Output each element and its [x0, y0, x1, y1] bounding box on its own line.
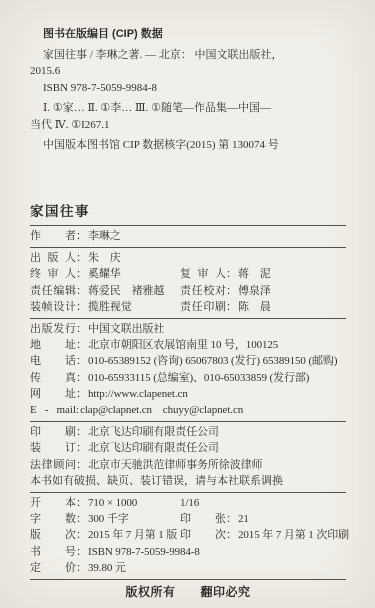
copyright-notice: 版权所有 翻印必究	[30, 583, 346, 600]
row-value: 奚耀华	[88, 266, 121, 282]
colophon-row: 作者：李琳之	[30, 228, 346, 244]
colophon-row: 书号：ISBN 978-7-5059-9984-8	[30, 544, 346, 560]
colophon-row: 装帧设计：揽胜视觉责任印刷：陈 晨	[30, 299, 346, 315]
cip-line-title-statement: 家国往事 / 李琳之著. — 北京： 中国文联出版社，	[30, 47, 346, 64]
cip-heading: 图书在版编目 (CIP) 数据	[30, 26, 346, 43]
row-value: 北京市天驰洪范律师事务所徐波律师	[88, 457, 262, 473]
row-value-2: 2015 年 7 月第 1 次印刷	[238, 527, 349, 543]
row-label: 终审人	[30, 266, 76, 282]
row-colon: ：	[76, 228, 87, 244]
cip-line-classification2: 当代 Ⅳ. ①I267.1	[30, 117, 346, 134]
row-value: 010-65389152 (咨询) 65067803 (发行) 65389150…	[88, 353, 337, 369]
row-label: 装帧设计	[30, 299, 76, 315]
colophon-row: 终审人：奚耀华复审人：蒋 泥	[30, 266, 346, 282]
colophon-row: 电话：010-65389152 (咨询) 65067803 (发行) 65389…	[30, 353, 346, 369]
row-colon: ：	[76, 283, 87, 299]
row-label: 出版发行	[30, 321, 76, 337]
row-value: 李琳之	[88, 228, 121, 244]
row-label: 作者	[30, 228, 76, 244]
cip-line-classification: Ⅰ. ①家… Ⅱ. ①李… Ⅲ. ①随笔—作品集—中国—	[30, 100, 346, 117]
colophon-row: 开本：710 × 10001/16	[30, 495, 346, 511]
colophon: 家国往事 作者：李琳之出版人：朱 庆终审人：奚耀华复审人：蒋 泥责任编辑：蒋爱民…	[30, 200, 346, 580]
row-value: 北京飞达印刷有限责任公司	[88, 424, 219, 440]
row-value-2: 傅泉泽	[238, 283, 271, 299]
row-colon: ：	[76, 560, 87, 576]
row-label: 印刷	[30, 424, 76, 440]
row-label: 电话	[30, 353, 76, 369]
row-colon-2: ：	[226, 299, 237, 315]
row-value-2: 蒋 泥	[238, 266, 271, 282]
row-colon: ：	[76, 440, 87, 456]
book-title: 家国往事	[30, 200, 346, 220]
row-label: 定价	[30, 560, 76, 576]
row-value: 2015 年 7 月第 1 版	[88, 527, 177, 543]
row-colon-2: ：	[226, 511, 237, 527]
colophon-row: 字数：300 千字印张：21	[30, 511, 346, 527]
row-colon: ：	[76, 386, 87, 402]
row-value-2: 陈 晨	[238, 299, 271, 315]
row-colon: ：	[76, 370, 87, 386]
row-colon: ：	[76, 321, 87, 337]
row-colon: ：	[76, 527, 87, 543]
row-label: E - mail	[30, 402, 76, 418]
cip-line-record-number: 中国版本图书馆 CIP 数据核字(2015) 第 130074 号	[30, 137, 346, 154]
cip-block: 图书在版编目 (CIP) 数据 家国往事 / 李琳之著. — 北京： 中国文联出…	[30, 26, 346, 154]
cip-line-isbn: ISBN 978-7-5059-9984-8	[30, 80, 346, 97]
divider	[30, 421, 346, 422]
row-label: 字数	[30, 511, 76, 527]
row-value: ISBN 978-7-5059-9984-8	[88, 544, 200, 560]
row-colon: ：	[76, 337, 87, 353]
copyright-page: 图书在版编目 (CIP) 数据 家国往事 / 李琳之著. — 北京： 中国文联出…	[0, 0, 375, 608]
row-colon-2: ：	[226, 527, 237, 543]
row-label: 版次	[30, 527, 76, 543]
row-value: 300 千字	[88, 511, 129, 527]
row-value: 710 × 1000	[88, 495, 137, 511]
row-colon: ：	[76, 250, 87, 266]
row-value: 北京飞达印刷有限责任公司	[88, 440, 219, 456]
row-value: 蒋爱民 褚雅越	[88, 283, 164, 299]
row-label: 书号	[30, 544, 76, 560]
row-colon: ：	[76, 544, 87, 560]
divider	[30, 492, 346, 493]
row-value: http://www.clapenet.cn	[88, 386, 188, 402]
row-label-2: 复审人	[180, 266, 226, 282]
divider	[30, 318, 346, 319]
colophon-row: 出版人：朱 庆	[30, 250, 346, 266]
row-value: 39.80 元	[88, 560, 126, 576]
row-colon: ：	[76, 511, 87, 527]
row-value: 中国文联出版社	[88, 321, 164, 337]
colophon-row: E - mail: clap@clapnet.cn chuyy@clapnet.…	[30, 402, 346, 418]
divider	[30, 579, 346, 580]
row-label: 责任编辑	[30, 283, 76, 299]
row-colon: ：	[76, 424, 87, 440]
row-label-2: 印张	[180, 511, 226, 527]
colophon-row: 网址：http://www.clapenet.cn	[30, 386, 346, 402]
row-label-2: 责任校对	[180, 283, 226, 299]
row-value-2: 1/16	[180, 495, 199, 511]
row-label: 网址	[30, 386, 76, 402]
row-label-2: 印次	[180, 527, 226, 543]
row-value-2: 21	[238, 511, 249, 527]
row-label: 装订	[30, 440, 76, 456]
row-label-2: 责任印刷	[180, 299, 226, 315]
row-label: 出版人	[30, 250, 76, 266]
row-colon: ：	[76, 495, 87, 511]
divider	[30, 225, 346, 226]
row-colon: ：	[76, 353, 87, 369]
row-value: 北京市朝阳区农展馆南里 10 号，100125	[88, 337, 278, 353]
colophon-note: 本书如有破损、缺页、装订错误，请与本社联系调换	[30, 473, 346, 489]
row-value: 揽胜视觉	[88, 299, 132, 315]
row-colon: :	[76, 402, 79, 418]
colophon-row: 装订：北京飞达印刷有限责任公司	[30, 440, 346, 456]
colophon-row: 定价：39.80 元	[30, 560, 346, 576]
row-label: 传真	[30, 370, 76, 386]
row-colon-2: ：	[226, 266, 237, 282]
colophon-row: 责任编辑：蒋爱民 褚雅越责任校对：傅泉泽	[30, 283, 346, 299]
row-colon: ：	[76, 457, 87, 473]
row-colon-2: ：	[226, 283, 237, 299]
colophon-row: 版次：2015 年 7 月第 1 版印次：2015 年 7 月第 1 次印刷	[30, 527, 346, 543]
row-value: 010-65933115 (总编室)、010-65033859 (发行部)	[88, 370, 309, 386]
row-value: clap@clapnet.cn chuyy@clapnet.cn	[80, 402, 243, 418]
colophon-row: 传真：010-65933115 (总编室)、010-65033859 (发行部)	[30, 370, 346, 386]
colophon-row: 地址：北京市朝阳区农展馆南里 10 号，100125	[30, 337, 346, 353]
colophon-row: 出版发行：中国文联出版社	[30, 321, 346, 337]
divider	[30, 247, 346, 248]
row-colon: ：	[76, 266, 87, 282]
row-label: 法律顾问	[30, 457, 76, 473]
colophon-rows: 作者：李琳之出版人：朱 庆终审人：奚耀华复审人：蒋 泥责任编辑：蒋爱民 褚雅越责…	[30, 228, 346, 580]
row-label: 开本	[30, 495, 76, 511]
colophon-row: 印刷：北京飞达印刷有限责任公司	[30, 424, 346, 440]
cip-line-year: 2015.6	[30, 63, 346, 80]
row-colon: ：	[76, 299, 87, 315]
row-label: 地址	[30, 337, 76, 353]
colophon-row: 法律顾问：北京市天驰洪范律师事务所徐波律师	[30, 457, 346, 473]
row-value: 朱 庆	[88, 250, 121, 266]
